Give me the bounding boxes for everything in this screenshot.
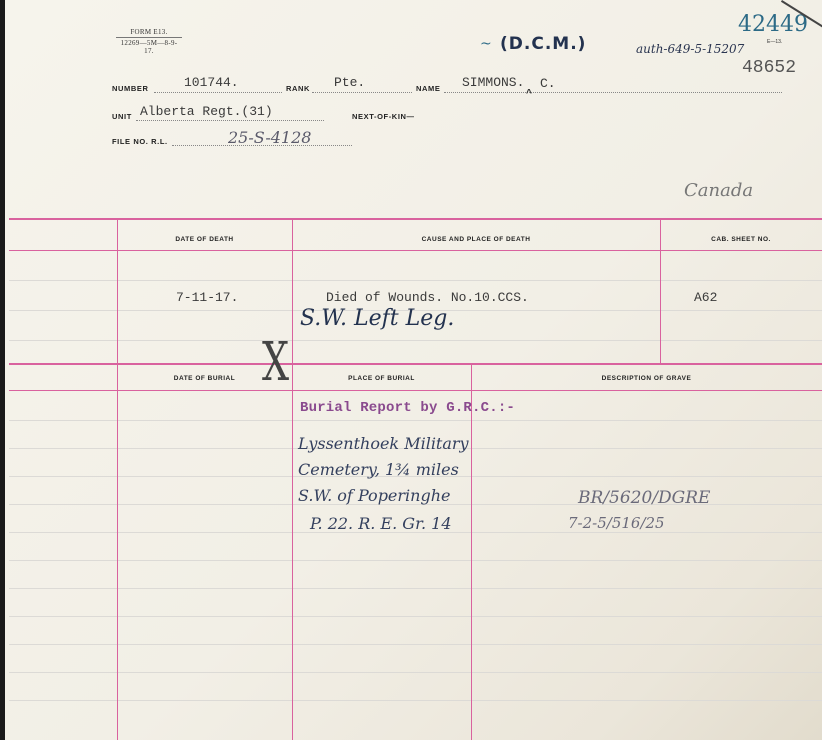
small-code: E—13. <box>767 39 782 45</box>
number-line <box>154 92 282 93</box>
burial-header-rule <box>9 390 822 391</box>
burial-place-line-3: S.W. of Poperinghe <box>298 486 450 505</box>
ledger-rule <box>9 588 822 589</box>
burial-report-stamp: Burial Report by G.R.C.:- <box>300 400 515 416</box>
rank-line <box>312 92 412 93</box>
ledger-rule <box>9 420 822 421</box>
annotation-tilde: ~ <box>480 36 492 52</box>
unit-value: Alberta Regt.(31) <box>140 104 273 119</box>
burial-place-line-2: Cemetery, 1¾ miles <box>298 460 459 479</box>
country: Canada <box>684 180 753 201</box>
auth-annotation: auth-649-5-15207 <box>636 42 744 56</box>
burial-place-line-1: Lyssenthoek Military <box>298 434 469 453</box>
cause-of-death: Died of Wounds. No.10.CCS. <box>326 290 529 305</box>
col-cause-place-death: Cause and Place of Death <box>292 236 660 243</box>
initial: C. <box>540 76 556 91</box>
service-number: 101744. <box>184 75 239 90</box>
table-top-rule <box>9 218 822 220</box>
record-card: FORM E13. 12269—5M—8-9-17. ~ (D.C.M.) au… <box>4 0 822 740</box>
ledger-rule <box>9 280 822 281</box>
cab-sheet-number: A62 <box>694 290 717 305</box>
column-divider <box>117 219 118 740</box>
date-of-death: 7-11-17. <box>176 290 238 305</box>
check-mark: X <box>262 331 289 393</box>
col-place-of-burial: Place of Burial <box>292 375 471 382</box>
ledger-rule <box>9 672 822 673</box>
unit-line <box>136 120 324 121</box>
next-of-kin-label: Next-of-Kin— <box>352 112 415 121</box>
rank-value: Pte. <box>334 75 365 90</box>
ledger-rule <box>9 700 822 701</box>
ledger-rule <box>9 340 822 341</box>
burial-place-line-4: P. 22. R. E. Gr. 14 <box>310 514 452 533</box>
name-label: Name <box>416 84 440 93</box>
name-line <box>444 92 782 93</box>
file-number: 25-S-4128 <box>228 128 311 147</box>
ledger-rule <box>9 644 822 645</box>
surname: SIMMONS. <box>462 75 524 90</box>
wound-description: S.W. Left Leg. <box>300 306 454 331</box>
death-header-rule <box>9 250 822 251</box>
rank-label: Rank <box>286 84 310 93</box>
burial-top-rule <box>9 363 822 365</box>
ledger-rule <box>9 616 822 617</box>
decoration-annotation: (D.C.M.) <box>500 34 586 54</box>
unit-label: Unit <box>112 112 132 121</box>
file-label: File No. R.L. <box>112 137 168 146</box>
number-label: Number <box>112 84 149 93</box>
col-description-of-grave: Description of Grave <box>471 375 822 382</box>
col-cab-sheet: Cab. Sheet No. <box>660 236 822 243</box>
col-date-of-death: Date of Death <box>117 236 292 243</box>
column-divider <box>471 364 472 740</box>
print-code: 12269—5M—8-9-17. <box>116 38 182 55</box>
handwritten-number: 42449 <box>738 12 808 37</box>
form-number: FORM E13. <box>116 28 182 38</box>
grave-ref-line-1: BR/5620/DGRE <box>578 488 710 508</box>
column-divider <box>292 219 293 740</box>
scan-edge <box>0 0 5 740</box>
stamped-number: 48652 <box>742 58 796 78</box>
col-date-of-burial: Date of Burial <box>117 375 292 382</box>
ledger-rule <box>9 560 822 561</box>
form-code: FORM E13. 12269—5M—8-9-17. <box>116 28 182 55</box>
caret-mark: ^ <box>526 88 532 99</box>
grave-ref-line-2: 7-2-5/516/25 <box>568 514 665 532</box>
